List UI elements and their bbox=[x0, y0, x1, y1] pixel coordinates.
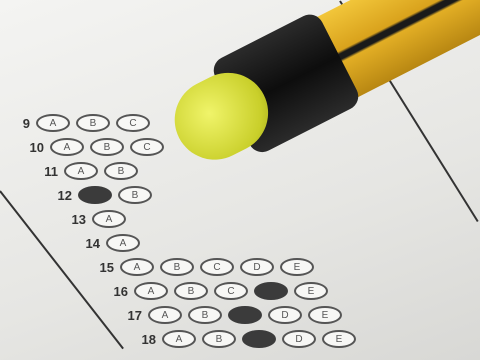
answer-row: 15ABCDE bbox=[92, 256, 314, 278]
answer-bubble-b: B bbox=[76, 114, 110, 132]
answer-row: 18ABCDE bbox=[134, 328, 356, 350]
answer-bubble-e: E bbox=[322, 330, 356, 348]
answer-bubble-c: C bbox=[116, 114, 150, 132]
answer-bubble-a: A bbox=[106, 234, 140, 252]
answer-bubble-a: A bbox=[36, 114, 70, 132]
answer-bubble-e: E bbox=[294, 282, 328, 300]
answer-bubble-d: D bbox=[240, 258, 274, 276]
answer-bubble-c: C bbox=[242, 330, 276, 348]
answer-bubble-a: A bbox=[148, 306, 182, 324]
question-number: 17 bbox=[120, 308, 142, 323]
answer-bubble-a: A bbox=[78, 186, 112, 204]
answer-bubble-a: A bbox=[50, 138, 84, 156]
question-number: 11 bbox=[36, 164, 58, 179]
answer-bubble-e: E bbox=[308, 306, 342, 324]
answer-bubble-d: D bbox=[254, 282, 288, 300]
question-number: 9 bbox=[8, 116, 30, 131]
answer-row: 13A bbox=[64, 208, 126, 230]
answer-bubble-d: D bbox=[268, 306, 302, 324]
answer-bubble-b: B bbox=[160, 258, 194, 276]
answer-row: 12AB bbox=[50, 184, 152, 206]
question-number: 10 bbox=[22, 140, 44, 155]
answer-row: 9ABC bbox=[8, 112, 150, 134]
question-number: 14 bbox=[78, 236, 100, 251]
answer-bubble-b: B bbox=[90, 138, 124, 156]
question-number: 13 bbox=[64, 212, 86, 227]
answer-bubble-a: A bbox=[162, 330, 196, 348]
question-number: 15 bbox=[92, 260, 114, 275]
answer-bubble-b: B bbox=[104, 162, 138, 180]
answer-row: 16ABCDE bbox=[106, 280, 328, 302]
answer-bubble-d: D bbox=[282, 330, 316, 348]
answer-bubble-e: E bbox=[280, 258, 314, 276]
answer-bubble-b: B bbox=[174, 282, 208, 300]
answer-row: 11AB bbox=[36, 160, 138, 182]
answer-row: 14A bbox=[78, 232, 140, 254]
answer-bubble-b: B bbox=[202, 330, 236, 348]
answer-bubble-c: C bbox=[130, 138, 164, 156]
question-number: 18 bbox=[134, 332, 156, 347]
answer-bubble-a: A bbox=[120, 258, 154, 276]
answer-bubble-c: C bbox=[200, 258, 234, 276]
question-number: 16 bbox=[106, 284, 128, 299]
answer-bubble-a: A bbox=[64, 162, 98, 180]
answer-bubble-a: A bbox=[92, 210, 126, 228]
question-number: 12 bbox=[50, 188, 72, 203]
answer-bubble-b: B bbox=[188, 306, 222, 324]
answer-bubble-c: C bbox=[228, 306, 262, 324]
answer-bubble-b: B bbox=[118, 186, 152, 204]
answer-row: 17ABCDE bbox=[120, 304, 342, 326]
answer-bubble-c: C bbox=[214, 282, 248, 300]
answer-row: 10ABC bbox=[22, 136, 164, 158]
answer-bubble-a: A bbox=[134, 282, 168, 300]
